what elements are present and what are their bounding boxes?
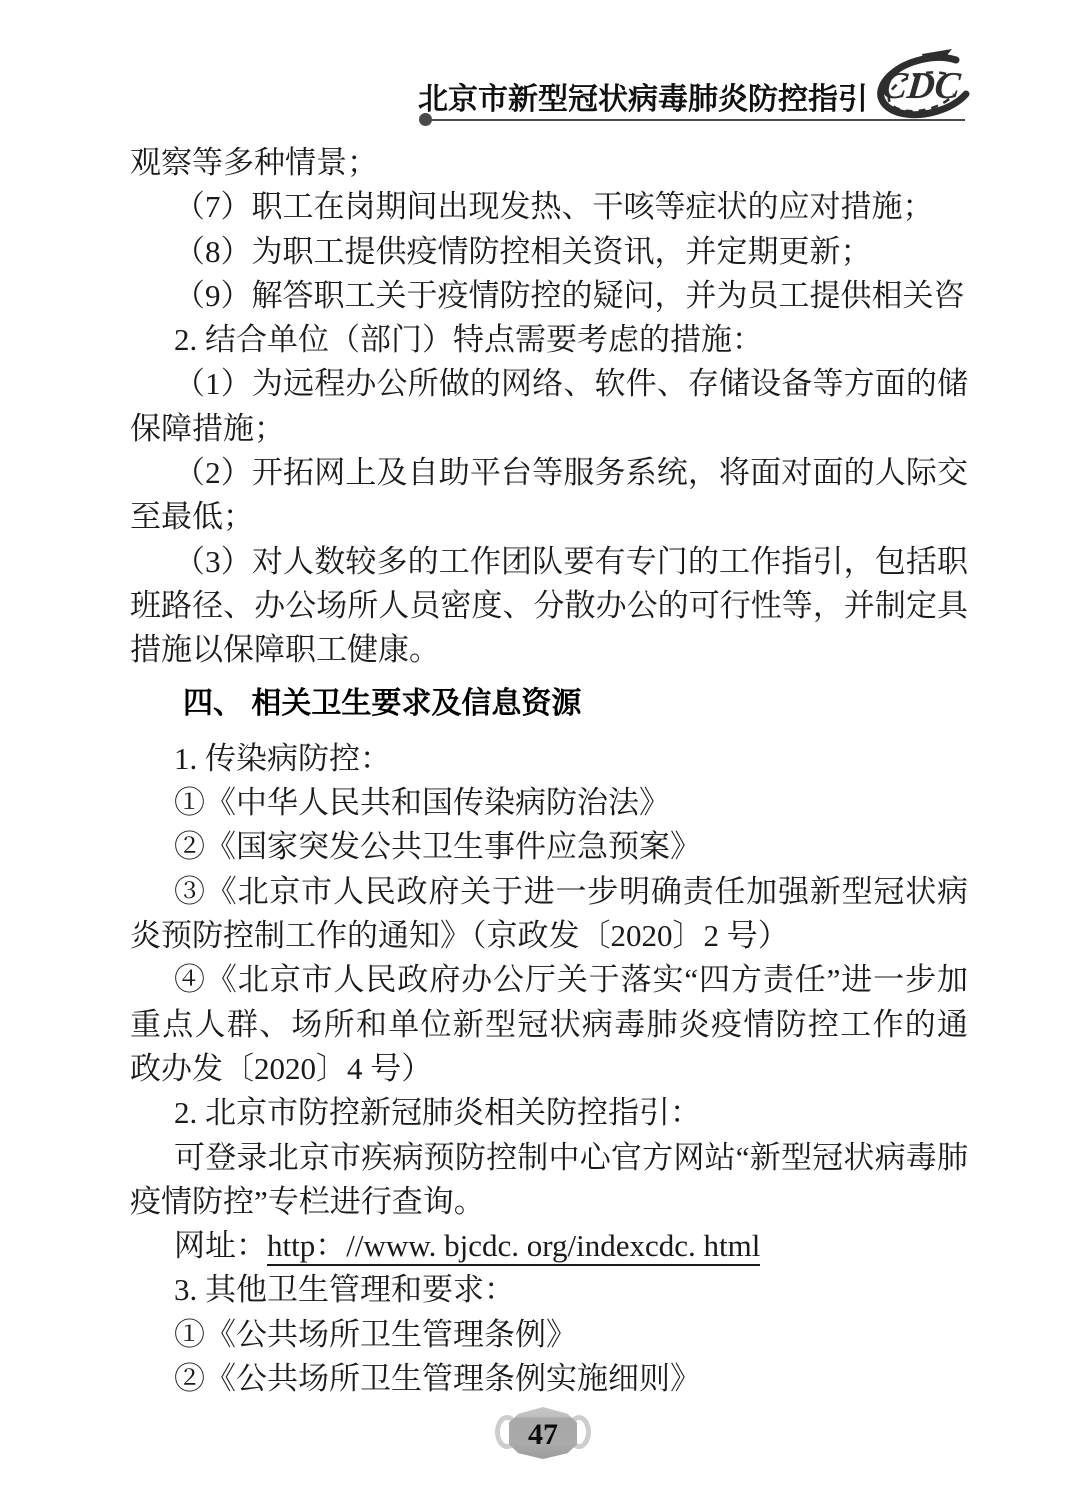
- cdc-website-url: http：//www. bjcdc. org/indexcdc. html: [267, 1228, 760, 1266]
- page-number: 47: [528, 1418, 558, 1452]
- text-line: 政办发〔2020〕4 号）: [130, 1047, 968, 1091]
- text-line: ②《公共场所卫生管理条例实施细则》: [130, 1357, 968, 1401]
- text-line: ①《中华人民共和国传染病防治法》: [130, 781, 968, 825]
- text-line: 炎预防控制工作的通知》（京政发〔2020〕2 号）: [130, 914, 968, 958]
- document-page: 北京市新型冠状病毒肺炎防控指引 CDC 观察等多种情景； （7）职工在岗期间出现…: [0, 0, 1080, 1504]
- cdc-logo-icon: CDC: [866, 48, 980, 140]
- text-line: （2）开拓网上及自助平台等服务系统，将面对面的人际交往降: [130, 451, 968, 495]
- page-header-title: 北京市新型冠状病毒肺炎防控指引: [418, 74, 868, 118]
- text-line: ②《国家突发公共卫生事件应急预案》: [130, 825, 968, 869]
- text-line: 保障措施；: [130, 407, 968, 451]
- text-line: 重点人群、场所和单位新型冠状病毒肺炎疫情防控工作的通知》（京: [130, 1003, 968, 1047]
- text-line: 措施以保障职工健康。: [130, 628, 968, 672]
- text-line: 可登录北京市疾病预防控制中心官方网站“新型冠状病毒肺炎: [130, 1136, 968, 1180]
- text-line: （8）为职工提供疫情防控相关资讯，并定期更新；: [130, 230, 968, 274]
- url-label: 网址：: [174, 1228, 267, 1263]
- url-line: 网址：http：//www. bjcdc. org/indexcdc. html: [130, 1224, 968, 1268]
- text-line: 1. 传染病防控：: [130, 737, 968, 781]
- text-line: ③《北京市人民政府关于进一步明确责任加强新型冠状病毒肺: [130, 870, 968, 914]
- page-body: 观察等多种情景； （7）职工在岗期间出现发热、干咳等症状的应对措施； （8）为职…: [130, 141, 968, 1401]
- text-line: （9）解答职工关于疫情防控的疑问，并为员工提供相关咨询方式。: [130, 274, 968, 318]
- text-line: 2. 结合单位（部门）特点需要考虑的措施：: [130, 318, 968, 362]
- text-line: 3. 其他卫生管理和要求：: [130, 1268, 968, 1312]
- cdc-logo-text: CDC: [880, 65, 963, 107]
- text-line: （1）为远程办公所做的网络、软件、存储设备等方面的储备和: [130, 362, 968, 406]
- page-number-mask: 47: [495, 1407, 591, 1459]
- text-line: （3）对人数较多的工作团队要有专门的工作指引，包括职工上: [130, 540, 968, 584]
- text-line: 2. 北京市防控新冠肺炎相关防控指引：: [130, 1091, 968, 1135]
- text-line: 班路径、办公场所人员密度、分散办公的可行性等，并制定具体的: [130, 584, 968, 628]
- text-line: （7）职工在岗期间出现发热、干咳等症状的应对措施；: [130, 185, 968, 229]
- text-line: 疫情防控”专栏进行查询。: [130, 1180, 968, 1224]
- text-line: ④《北京市人民政府办公厅关于落实“四方责任”进一步加强: [130, 958, 968, 1002]
- section-heading: 四、 相关卫生要求及信息资源: [130, 682, 968, 726]
- text-line: 观察等多种情景；: [130, 141, 968, 185]
- mask-body-icon: 47: [509, 1407, 577, 1459]
- text-line: 至最低；: [130, 495, 968, 539]
- text-line: ①《公共场所卫生管理条例》: [130, 1313, 968, 1357]
